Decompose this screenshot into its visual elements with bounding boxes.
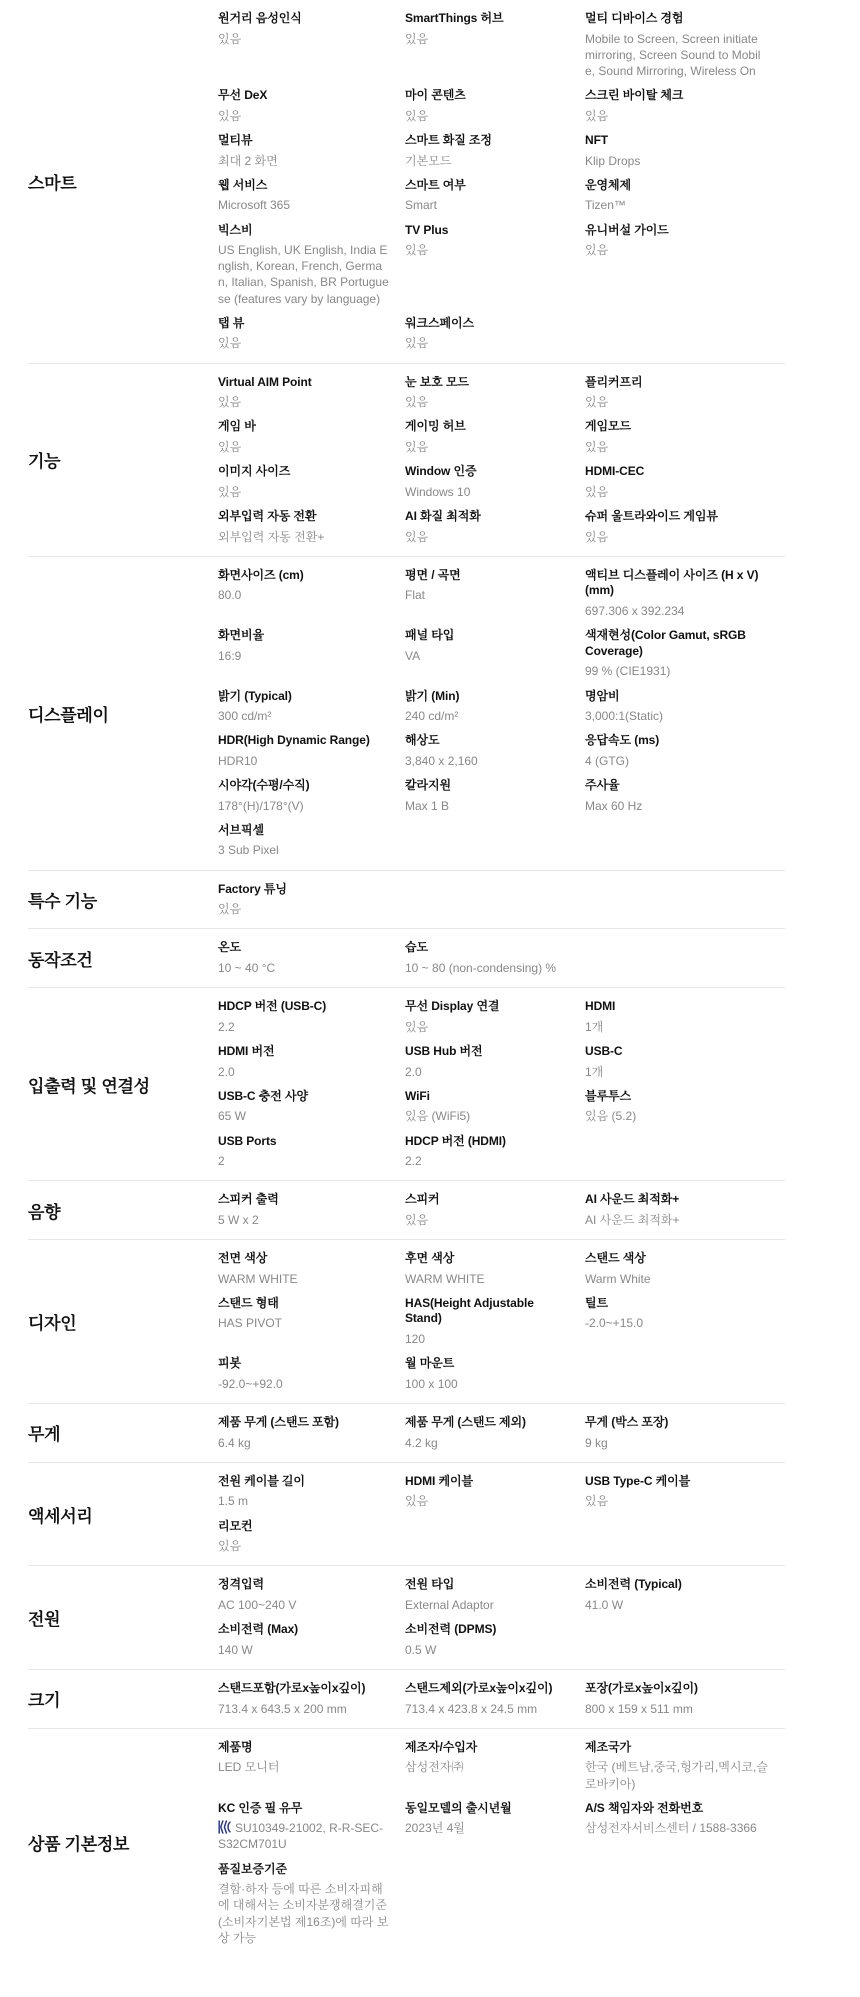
spec-item: 포장(가로x높이x깊이)800 x 159 x 511 mm: [585, 1681, 785, 1717]
spec-row: KC 인증 필 유무SU10349-21002, R-R-SEC-S32CM70…: [218, 1801, 785, 1853]
section-title: 기능: [28, 447, 218, 472]
spec-label: 색재현성(Color Gamut, sRGB Coverage): [585, 628, 769, 659]
spec-item: 스마트 화질 조정기본모드: [405, 133, 585, 169]
spec-section: 기능Virtual AIM Point있음눈 보호 모드있음플리커프리있음게임 …: [28, 363, 785, 556]
spec-item: HDMI 버전2.0: [218, 1044, 405, 1080]
spec-value: 있음: [218, 335, 389, 351]
spec-label: USB-C 충전 사양: [218, 1089, 389, 1105]
spec-item: 동일모델의 출시년월2023년 4월: [405, 1801, 585, 1853]
spec-label: 품질보증기준: [218, 1862, 389, 1878]
spec-item: 전면 색상WARM WHITE: [218, 1251, 405, 1287]
spec-label: 슈퍼 울트라와이드 게임뷰: [585, 509, 769, 525]
spec-label: 유니버설 가이드: [585, 223, 769, 239]
spec-label: AI 화질 최적화: [405, 509, 569, 525]
spec-item: KC 인증 필 유무SU10349-21002, R-R-SEC-S32CM70…: [218, 1801, 405, 1853]
section-title: 동작조건: [28, 946, 218, 971]
spec-section: 음향스피커 출력5 W x 2스피커있음AI 사운드 최적화+AI 사운드 최적…: [28, 1180, 785, 1239]
spec-value: Mobile to Screen, Screen initiate mirror…: [585, 31, 769, 80]
spec-value: -2.0~+15.0: [585, 1315, 769, 1331]
spec-label: 시야각(수평/수직): [218, 778, 389, 794]
spec-value: 있음: [218, 901, 389, 917]
spec-row: 피봇-92.0~+92.0월 마운트100 x 100: [218, 1356, 785, 1392]
section-title: 디스플레이: [28, 701, 218, 726]
spec-value: 삼성전자㈜: [405, 1759, 569, 1775]
spec-label: 무선 Display 연결: [405, 999, 569, 1015]
spec-value: Max 1 B: [405, 798, 569, 814]
spec-label: 정격입력: [218, 1577, 389, 1593]
spec-value: 외부입력 자동 전환+: [218, 529, 389, 545]
spec-label: NFT: [585, 133, 769, 149]
spec-row: 품질보증기준결함·하자 등에 따른 소비자피해에 대해서는 소비자분쟁해결기준(…: [218, 1862, 785, 1946]
section-title: 무게: [28, 1420, 218, 1445]
spec-value: 있음: [405, 335, 569, 351]
spec-table: 스마트원거리 음성인식있음SmartThings 허브있음멀티 디바이스 경험M…: [0, 0, 860, 1997]
spec-item: 명암비3,000:1(Static): [585, 689, 785, 725]
spec-item: 슈퍼 울트라와이드 게임뷰있음: [585, 509, 785, 545]
spec-item: 스탠드포함(가로x높이x깊이)713.4 x 643.5 x 200 mm: [218, 1681, 405, 1717]
spec-row: HDCP 버전 (USB-C)2.2무선 Display 연결있음HDMI1개: [218, 999, 785, 1035]
spec-item: 블루투스있음 (5.2): [585, 1089, 785, 1125]
spec-value: WARM WHITE: [405, 1271, 569, 1287]
spec-value: 있음: [218, 108, 389, 124]
section-title: 전원: [28, 1605, 218, 1630]
spec-value: External Adaptor: [405, 1597, 569, 1613]
spec-item: 게임모드있음: [585, 419, 785, 455]
spec-item: 워크스페이스있음: [405, 316, 585, 352]
spec-item: 스피커 출력5 W x 2: [218, 1192, 405, 1228]
spec-label: 피봇: [218, 1356, 389, 1372]
section-body: 제품 무게 (스탠드 포함)6.4 kg제품 무게 (스탠드 제외)4.2 kg…: [218, 1415, 785, 1451]
spec-item: 응답속도 (ms)4 (GTG): [585, 733, 785, 769]
spec-value: 있음: [405, 31, 569, 47]
spec-item: USB-C 충전 사양65 W: [218, 1089, 405, 1125]
spec-item: 시야각(수평/수직)178°(H)/178°(V): [218, 778, 405, 814]
spec-label: 무선 DeX: [218, 88, 389, 104]
spec-value: Smart: [405, 197, 569, 213]
section-body: 스피커 출력5 W x 2스피커있음AI 사운드 최적화+AI 사운드 최적화+: [218, 1192, 785, 1228]
spec-row: HDMI 버전2.0USB Hub 버전2.0USB-C1개: [218, 1044, 785, 1080]
spec-value: Windows 10: [405, 484, 569, 500]
spec-item: 서브픽셀3 Sub Pixel: [218, 823, 405, 859]
section-title: 상품 기본정보: [28, 1830, 218, 1855]
spec-section: 디스플레이화면사이즈 (cm)80.0평면 / 곡면Flat액티브 디스플레이 …: [28, 556, 785, 870]
spec-label: 칼라지원: [405, 778, 569, 794]
spec-value: 기본모드: [405, 153, 569, 169]
spec-value: 있음 (WiFi5): [405, 1108, 569, 1124]
spec-row: 스피커 출력5 W x 2스피커있음AI 사운드 최적화+AI 사운드 최적화+: [218, 1192, 785, 1228]
spec-item: 틸트-2.0~+15.0: [585, 1296, 785, 1347]
spec-row: HDR(High Dynamic Range)HDR10해상도3,840 x 2…: [218, 733, 785, 769]
spec-label: 후면 색상: [405, 1251, 569, 1267]
section-title: 크기: [28, 1686, 218, 1711]
spec-value: AC 100~240 V: [218, 1597, 389, 1613]
spec-value: Warm White: [585, 1271, 769, 1287]
spec-row: 전원 케이블 길이1.5 mHDMI 케이블있음USB Type-C 케이블있음: [218, 1474, 785, 1510]
spec-section: 스마트원거리 음성인식있음SmartThings 허브있음멀티 디바이스 경험M…: [28, 0, 785, 363]
spec-value: 2.0: [218, 1064, 389, 1080]
spec-label: 외부입력 자동 전환: [218, 509, 389, 525]
spec-row: Factory 튜닝있음: [218, 882, 785, 918]
spec-label: 스탠드 형태: [218, 1296, 389, 1312]
spec-item: HDMI-CEC있음: [585, 464, 785, 500]
spec-value: 있음: [585, 394, 769, 410]
spec-row: 외부입력 자동 전환외부입력 자동 전환+AI 화질 최적화있음슈퍼 울트라와이…: [218, 509, 785, 545]
spec-value: Tizen™: [585, 197, 769, 213]
spec-label: 게임모드: [585, 419, 769, 435]
spec-label: 멀티 디바이스 경험: [585, 11, 769, 27]
section-title: 특수 기능: [28, 887, 218, 912]
spec-item: 후면 색상WARM WHITE: [405, 1251, 585, 1287]
spec-value: -92.0~+92.0: [218, 1376, 389, 1392]
spec-value: 한국 (베트남,중국,헝가리,멕시코,슬로바키아): [585, 1759, 769, 1791]
spec-value-text: SU10349-21002, R-R-SEC-S32CM701U: [218, 1821, 383, 1851]
spec-row: 무선 DeX있음마이 콘텐츠있음스크린 바이탈 체크있음: [218, 88, 785, 124]
spec-value: 1.5 m: [218, 1493, 389, 1509]
spec-item: 해상도3,840 x 2,160: [405, 733, 585, 769]
spec-item: TV Plus있음: [405, 223, 585, 307]
spec-row: 빅스비US English, UK English, India English…: [218, 223, 785, 307]
spec-value: 4 (GTG): [585, 753, 769, 769]
section-body: 화면사이즈 (cm)80.0평면 / 곡면Flat액티브 디스플레이 사이즈 (…: [218, 568, 785, 859]
spec-value: Klip Drops: [585, 153, 769, 169]
spec-label: TV Plus: [405, 223, 569, 239]
section-body: 스탠드포함(가로x높이x깊이)713.4 x 643.5 x 200 mm스탠드…: [218, 1681, 785, 1717]
spec-row: 제품 무게 (스탠드 포함)6.4 kg제품 무게 (스탠드 제외)4.2 kg…: [218, 1415, 785, 1451]
spec-item: 밝기 (Typical)300 cd/m²: [218, 689, 405, 725]
spec-item: 멀티 디바이스 경험Mobile to Screen, Screen initi…: [585, 11, 785, 79]
spec-item: 소비전력 (Typical)41.0 W: [585, 1577, 785, 1613]
spec-item: 제조국가한국 (베트남,중국,헝가리,멕시코,슬로바키아): [585, 1740, 785, 1792]
spec-value: 4.2 kg: [405, 1435, 569, 1451]
spec-value: 있음: [585, 1493, 769, 1509]
spec-value: 있음: [585, 484, 769, 500]
section-body: 정격입력AC 100~240 V전원 타입External Adaptor소비전…: [218, 1577, 785, 1658]
spec-label: HDR(High Dynamic Range): [218, 733, 389, 749]
spec-value: 있음: [585, 242, 769, 258]
spec-label: HDMI 케이블: [405, 1474, 569, 1490]
spec-label: 눈 보호 모드: [405, 375, 569, 391]
spec-label: 평면 / 곡면: [405, 568, 569, 584]
spec-value: US English, UK English, India English, K…: [218, 242, 389, 307]
spec-item: 소비전력 (Max)140 W: [218, 1622, 405, 1658]
spec-value: 65 W: [218, 1108, 389, 1124]
spec-item: 리모컨있음: [218, 1519, 405, 1555]
spec-item: 외부입력 자동 전환외부입력 자동 전환+: [218, 509, 405, 545]
spec-label: 워크스페이스: [405, 316, 569, 332]
spec-row: 탭 뷰있음워크스페이스있음: [218, 316, 785, 352]
spec-row: 이미지 사이즈있음Window 인증Windows 10HDMI-CEC있음: [218, 464, 785, 500]
spec-item: 이미지 사이즈있음: [218, 464, 405, 500]
spec-label: A/S 책임자와 전화번호: [585, 1801, 769, 1817]
spec-item: AI 화질 최적화있음: [405, 509, 585, 545]
spec-value: 697.306 x 392.234: [585, 603, 769, 619]
spec-item: USB-C1개: [585, 1044, 785, 1080]
spec-section: 전원정격입력AC 100~240 V전원 타입External Adaptor소…: [28, 1565, 785, 1669]
spec-item: 제품 무게 (스탠드 포함)6.4 kg: [218, 1415, 405, 1451]
spec-item: 멀티뷰최대 2 화면: [218, 133, 405, 169]
section-body: 전면 색상WARM WHITE후면 색상WARM WHITE스탠드 색상Warm…: [218, 1251, 785, 1392]
spec-value: VA: [405, 648, 569, 664]
spec-row: 소비전력 (Max)140 W소비전력 (DPMS)0.5 W: [218, 1622, 785, 1658]
section-body: 온도10 ~ 40 °C습도10 ~ 80 (non-condensing) %: [218, 940, 785, 976]
spec-value: 99 % (CIE1931): [585, 663, 769, 679]
spec-section: 상품 기본정보제품명LED 모니터제조자/수입자삼성전자㈜제조국가한국 (베트남…: [28, 1728, 785, 1957]
spec-label: 마이 콘텐츠: [405, 88, 569, 104]
spec-value: 3,000:1(Static): [585, 708, 769, 724]
spec-item: 주사율Max 60 Hz: [585, 778, 785, 814]
spec-label: 습도: [405, 940, 569, 956]
spec-item: 스탠드 색상Warm White: [585, 1251, 785, 1287]
spec-row: 화면사이즈 (cm)80.0평면 / 곡면Flat액티브 디스플레이 사이즈 (…: [218, 568, 785, 619]
section-body: 제품명LED 모니터제조자/수입자삼성전자㈜제조국가한국 (베트남,중국,헝가리…: [218, 1740, 785, 1946]
section-title: 디자인: [28, 1309, 218, 1334]
spec-label: 소비전력 (Max): [218, 1622, 389, 1638]
section-body: Factory 튜닝있음: [218, 882, 785, 918]
spec-row: 스탠드포함(가로x높이x깊이)713.4 x 643.5 x 200 mm스탠드…: [218, 1681, 785, 1717]
spec-label: AI 사운드 최적화+: [585, 1192, 769, 1208]
spec-label: KC 인증 필 유무: [218, 1801, 389, 1817]
spec-label: 스피커 출력: [218, 1192, 389, 1208]
spec-label: 스탠드제외(가로x높이x깊이): [405, 1681, 569, 1697]
spec-label: 제품 무게 (스탠드 포함): [218, 1415, 389, 1431]
spec-value: 1개: [585, 1019, 769, 1035]
spec-item: WiFi있음 (WiFi5): [405, 1089, 585, 1125]
spec-value: 2023년 4월: [405, 1820, 569, 1836]
spec-section: 입출력 및 연결성HDCP 버전 (USB-C)2.2무선 Display 연결…: [28, 987, 785, 1180]
spec-item: 패널 타입VA: [405, 628, 585, 679]
spec-label: 화면비율: [218, 628, 389, 644]
spec-item: 게임 바있음: [218, 419, 405, 455]
spec-value: 있음: [405, 108, 569, 124]
spec-label: 패널 타입: [405, 628, 569, 644]
spec-label: HDMI: [585, 999, 769, 1015]
spec-value: LED 모니터: [218, 1759, 389, 1775]
spec-value: 100 x 100: [405, 1376, 569, 1392]
section-body: 전원 케이블 길이1.5 mHDMI 케이블있음USB Type-C 케이블있음…: [218, 1474, 785, 1555]
spec-label: 전원 케이블 길이: [218, 1474, 389, 1490]
spec-item: USB Type-C 케이블있음: [585, 1474, 785, 1510]
spec-label: 밝기 (Min): [405, 689, 569, 705]
section-title: 스마트: [28, 169, 218, 194]
spec-value: 있음: [405, 1212, 569, 1228]
spec-label: 무게 (박스 포장): [585, 1415, 769, 1431]
section-title: 입출력 및 연결성: [28, 1072, 218, 1097]
spec-item: Virtual AIM Point있음: [218, 375, 405, 411]
spec-item: 운영체제Tizen™: [585, 178, 785, 214]
spec-section: 무게제품 무게 (스탠드 포함)6.4 kg제품 무게 (스탠드 제외)4.2 …: [28, 1403, 785, 1462]
spec-item: A/S 책임자와 전화번호삼성전자서비스센터 / 1588-3366: [585, 1801, 785, 1853]
spec-item: 원거리 음성인식있음: [218, 11, 405, 79]
spec-row: 게임 바있음게이밍 허브있음게임모드있음: [218, 419, 785, 455]
spec-label: 주사율: [585, 778, 769, 794]
spec-value: 1개: [585, 1064, 769, 1080]
spec-label: HDCP 버전 (HDMI): [405, 1134, 569, 1150]
section-body: Virtual AIM Point있음눈 보호 모드있음플리커프리있음게임 바있…: [218, 375, 785, 545]
spec-label: HDMI 버전: [218, 1044, 389, 1060]
spec-label: 원거리 음성인식: [218, 11, 389, 27]
spec-label: 전원 타입: [405, 1577, 569, 1593]
spec-item: AI 사운드 최적화+AI 사운드 최적화+: [585, 1192, 785, 1228]
spec-value: 있음: [405, 242, 569, 258]
spec-value: 있음 (5.2): [585, 1108, 769, 1124]
spec-label: 스피커: [405, 1192, 569, 1208]
spec-value: 있음: [405, 394, 569, 410]
spec-value: WARM WHITE: [218, 1271, 389, 1287]
spec-section: 액세서리전원 케이블 길이1.5 mHDMI 케이블있음USB Type-C 케…: [28, 1462, 785, 1566]
spec-label: 액티브 디스플레이 사이즈 (H x V) (mm): [585, 568, 769, 599]
spec-value: 5 W x 2: [218, 1212, 389, 1228]
spec-label: 제품명: [218, 1740, 389, 1756]
spec-item: 스피커있음: [405, 1192, 585, 1228]
spec-item: 피봇-92.0~+92.0: [218, 1356, 405, 1392]
spec-item: 전원 케이블 길이1.5 m: [218, 1474, 405, 1510]
spec-label: 게임 바: [218, 419, 389, 435]
spec-item: 탭 뷰있음: [218, 316, 405, 352]
spec-label: 게이밍 허브: [405, 419, 569, 435]
spec-label: 월 마운트: [405, 1356, 569, 1372]
spec-item: 눈 보호 모드있음: [405, 375, 585, 411]
spec-value: 120: [405, 1331, 569, 1347]
spec-label: 밝기 (Typical): [218, 689, 389, 705]
spec-value: 있음: [405, 1019, 569, 1035]
spec-value: 있음: [585, 108, 769, 124]
spec-label: HDMI-CEC: [585, 464, 769, 480]
spec-label: 틸트: [585, 1296, 769, 1312]
spec-row: 서브픽셀3 Sub Pixel: [218, 823, 785, 859]
spec-item: Window 인증Windows 10: [405, 464, 585, 500]
spec-item: USB Ports2: [218, 1134, 405, 1170]
spec-value: 2.0: [405, 1064, 569, 1080]
spec-value: 41.0 W: [585, 1597, 769, 1613]
spec-value: 있음: [218, 1538, 389, 1554]
spec-label: 소비전력 (DPMS): [405, 1622, 569, 1638]
spec-value: 있음: [585, 529, 769, 545]
spec-value: 713.4 x 423.8 x 24.5 mm: [405, 1701, 569, 1717]
spec-label: 스탠드포함(가로x높이x깊이): [218, 1681, 389, 1697]
spec-value: 있음: [405, 1493, 569, 1509]
spec-item: USB Hub 버전2.0: [405, 1044, 585, 1080]
spec-item: 화면사이즈 (cm)80.0: [218, 568, 405, 619]
spec-row: 웹 서비스Microsoft 365스마트 여부Smart운영체제Tizen™: [218, 178, 785, 214]
spec-item: HDMI1개: [585, 999, 785, 1035]
spec-item: 스마트 여부Smart: [405, 178, 585, 214]
spec-label: 온도: [218, 940, 389, 956]
spec-value: 있음: [405, 439, 569, 455]
spec-item: 스탠드제외(가로x높이x깊이)713.4 x 423.8 x 24.5 mm: [405, 1681, 585, 1717]
spec-value: 16:9: [218, 648, 389, 664]
spec-value: SU10349-21002, R-R-SEC-S32CM701U: [218, 1820, 389, 1852]
spec-label: 탭 뷰: [218, 316, 389, 332]
spec-item: 칼라지원Max 1 B: [405, 778, 585, 814]
spec-label: 웹 서비스: [218, 178, 389, 194]
spec-value: 10 ~ 80 (non-condensing) %: [405, 960, 569, 976]
spec-value: Microsoft 365: [218, 197, 389, 213]
spec-label: 응답속도 (ms): [585, 733, 769, 749]
spec-value: 3 Sub Pixel: [218, 842, 389, 858]
spec-item: HDCP 버전 (HDMI)2.2: [405, 1134, 585, 1170]
spec-label: 빅스비: [218, 223, 389, 239]
spec-item: 전원 타입External Adaptor: [405, 1577, 585, 1613]
spec-value: 결함·하자 등에 따른 소비자피해에 대해서는 소비자분쟁해결기준(소비자기본법…: [218, 1881, 389, 1946]
spec-row: USB-C 충전 사양65 WWiFi있음 (WiFi5)블루투스있음 (5.2…: [218, 1089, 785, 1125]
spec-label: 이미지 사이즈: [218, 464, 389, 480]
spec-label: Window 인증: [405, 464, 569, 480]
spec-item: 웹 서비스Microsoft 365: [218, 178, 405, 214]
spec-value: 최대 2 화면: [218, 153, 389, 169]
spec-row: 원거리 음성인식있음SmartThings 허브있음멀티 디바이스 경험Mobi…: [218, 11, 785, 79]
spec-item: 품질보증기준결함·하자 등에 따른 소비자피해에 대해서는 소비자분쟁해결기준(…: [218, 1862, 405, 1946]
spec-label: 블루투스: [585, 1089, 769, 1105]
spec-value: 2: [218, 1153, 389, 1169]
spec-label: 해상도: [405, 733, 569, 749]
spec-label: SmartThings 허브: [405, 11, 569, 27]
spec-item: 습도10 ~ 80 (non-condensing) %: [405, 940, 585, 976]
section-body: 원거리 음성인식있음SmartThings 허브있음멀티 디바이스 경험Mobi…: [218, 11, 785, 352]
spec-item: 색재현성(Color Gamut, sRGB Coverage)99 % (CI…: [585, 628, 785, 679]
spec-item: HDMI 케이블있음: [405, 1474, 585, 1510]
spec-item: 제품 무게 (스탠드 제외)4.2 kg: [405, 1415, 585, 1451]
section-body: HDCP 버전 (USB-C)2.2무선 Display 연결있음HDMI1개H…: [218, 999, 785, 1169]
spec-value: 6.4 kg: [218, 1435, 389, 1451]
spec-label: 스탠드 색상: [585, 1251, 769, 1267]
spec-value: 2.2: [218, 1019, 389, 1035]
spec-row: 밝기 (Typical)300 cd/m²밝기 (Min)240 cd/m²명암…: [218, 689, 785, 725]
spec-value: 9 kg: [585, 1435, 769, 1451]
spec-row: USB Ports2HDCP 버전 (HDMI)2.2: [218, 1134, 785, 1170]
spec-label: USB-C: [585, 1044, 769, 1060]
spec-value: 3,840 x 2,160: [405, 753, 569, 769]
spec-item: 무선 Display 연결있음: [405, 999, 585, 1035]
spec-row: 리모컨있음: [218, 1519, 785, 1555]
spec-label: HDCP 버전 (USB-C): [218, 999, 389, 1015]
spec-label: 멀티뷰: [218, 133, 389, 149]
spec-item: SmartThings 허브있음: [405, 11, 585, 79]
spec-value: 10 ~ 40 °C: [218, 960, 389, 976]
spec-item: 게이밍 허브있음: [405, 419, 585, 455]
spec-value: Flat: [405, 587, 569, 603]
spec-item: 정격입력AC 100~240 V: [218, 1577, 405, 1613]
spec-label: 제품 무게 (스탠드 제외): [405, 1415, 569, 1431]
spec-item: 무게 (박스 포장)9 kg: [585, 1415, 785, 1451]
spec-value: 713.4 x 643.5 x 200 mm: [218, 1701, 389, 1717]
spec-item: 빅스비US English, UK English, India English…: [218, 223, 405, 307]
spec-label: 소비전력 (Typical): [585, 1577, 769, 1593]
spec-row: 정격입력AC 100~240 V전원 타입External Adaptor소비전…: [218, 1577, 785, 1613]
spec-item: 액티브 디스플레이 사이즈 (H x V) (mm)697.306 x 392.…: [585, 568, 785, 619]
spec-value: 있음: [218, 394, 389, 410]
spec-label: 포장(가로x높이x깊이): [585, 1681, 769, 1697]
spec-label: 명암비: [585, 689, 769, 705]
spec-item: 제조자/수입자삼성전자㈜: [405, 1740, 585, 1792]
spec-item: 무선 DeX있음: [218, 88, 405, 124]
spec-item: 평면 / 곡면Flat: [405, 568, 585, 619]
spec-item: HDR(High Dynamic Range)HDR10: [218, 733, 405, 769]
spec-label: 화면사이즈 (cm): [218, 568, 389, 584]
spec-item: 소비전력 (DPMS)0.5 W: [405, 1622, 585, 1658]
spec-value: 80.0: [218, 587, 389, 603]
spec-item: 밝기 (Min)240 cd/m²: [405, 689, 585, 725]
spec-label: USB Hub 버전: [405, 1044, 569, 1060]
spec-label: 동일모델의 출시년월: [405, 1801, 569, 1817]
spec-item: 마이 콘텐츠있음: [405, 88, 585, 124]
spec-label: 운영체제: [585, 178, 769, 194]
spec-value: 140 W: [218, 1642, 389, 1658]
spec-item: 온도10 ~ 40 °C: [218, 940, 405, 976]
spec-item: HAS(Height Adjustable Stand)120: [405, 1296, 585, 1347]
spec-item: 스탠드 형태HAS PIVOT: [218, 1296, 405, 1347]
spec-value: 800 x 159 x 511 mm: [585, 1701, 769, 1717]
spec-item: HDCP 버전 (USB-C)2.2: [218, 999, 405, 1035]
